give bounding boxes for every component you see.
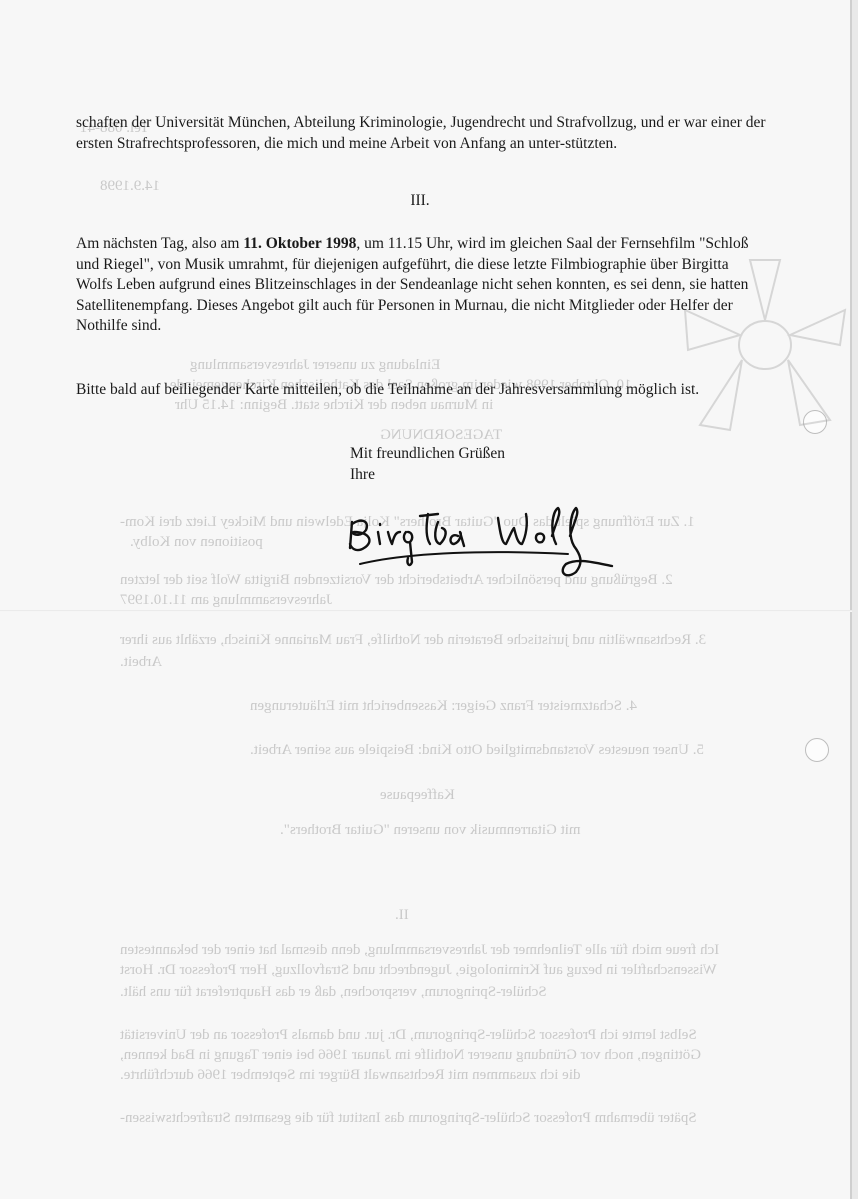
show-through-line: Schüler-Springorum, versprochen, daß er …	[120, 982, 547, 1003]
show-through-line: Selbst lernte ich Professor Schüler-Spri…	[120, 1025, 697, 1046]
section-heading: III.	[0, 192, 840, 210]
show-through-line: Ich freue mich für alle Teilnehmer der J…	[120, 940, 719, 961]
show-through-line: 4. Schatzmeister Franz Geiger: Kassenber…	[250, 696, 637, 717]
handwritten-signature: Birgitta Wolf	[330, 492, 630, 582]
paragraph-rsvp: Bitte bald auf beiliegender Karte mittei…	[76, 380, 766, 401]
closing-ihre: Ihre	[350, 465, 505, 486]
closing-greeting: Mit freundlichen Grüßen	[350, 444, 505, 465]
show-through-line: 5. Unser neuestes Vorstandsmitglied Otto…	[250, 740, 704, 761]
show-through-line: TAGESORDNUNG	[380, 425, 502, 446]
paragraph-film-text-start: Am nächsten Tag, also am	[76, 235, 243, 252]
event-date: 11. Oktober 1998	[243, 235, 356, 252]
show-through-line: positionen von Kolby.	[130, 532, 263, 553]
show-through-line: 3. Rechtsanwältin und juristische Berate…	[120, 630, 706, 651]
show-through-line: Später übernahm Professor Schüler-Spring…	[120, 1108, 697, 1129]
show-through-line: Einladung zu unserer Jahresversammlung	[190, 355, 440, 376]
show-through-line: mit Gitarrenmusik von unseren "Guitar Br…	[280, 820, 581, 841]
show-through-line: Kaffeepause	[380, 785, 455, 806]
show-through-line: II.	[395, 905, 409, 926]
paragraph-intro: schaften der Universität München, Abteil…	[76, 113, 766, 154]
show-through-line: Jahresversammlung am 11.10.1997	[120, 590, 332, 611]
paragraph-film-screening: Am nächsten Tag, also am 11. Oktober 199…	[76, 234, 766, 337]
punch-hole-lower	[805, 738, 829, 762]
show-through-line: die ich zusammen mit Rechtsanwalt Bürger…	[120, 1065, 580, 1086]
closing-block: Mit freundlichen Grüßen Ihre	[350, 444, 505, 485]
show-through-line: Wissenschaftler in bezug auf Kriminologi…	[120, 960, 717, 981]
show-through-line: Göttingen, noch vor Gründung unserer Not…	[120, 1045, 701, 1066]
letter-page: Tel. 088-41 14.9.1998Einladung zu unsere…	[0, 0, 852, 1199]
show-through-line: Arbeit.	[120, 652, 162, 673]
